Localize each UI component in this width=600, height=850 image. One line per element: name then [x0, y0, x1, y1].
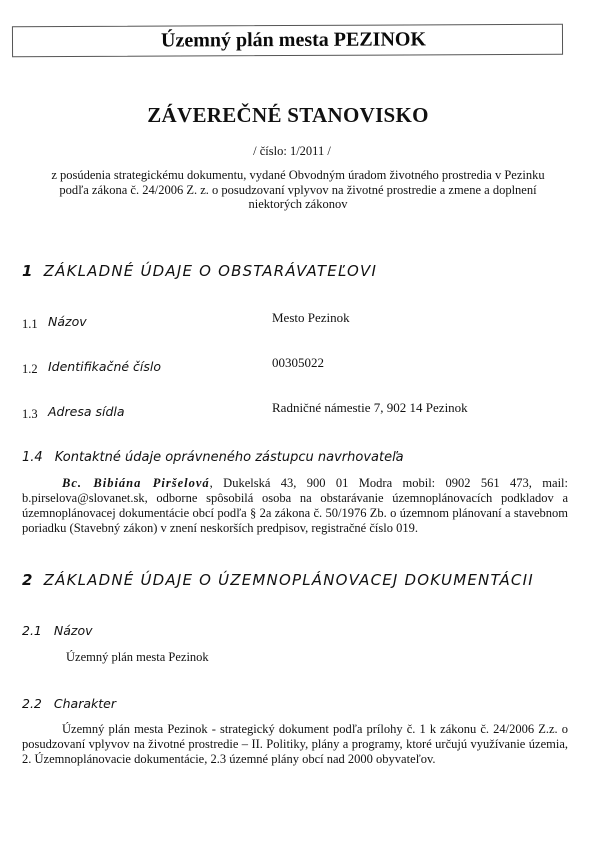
- subsection-title: Kontaktné údaje oprávneného zástupcu nav…: [55, 450, 404, 465]
- contact-name: Bc. Bibiána Piršelová: [62, 476, 210, 490]
- field-row-address: 1.3 Adresa sídla Radničné námestie 7, 90…: [22, 403, 582, 423]
- contact-paragraph: Bc. Bibiána Piršelová, Dukelská 43, 900 …: [22, 476, 568, 536]
- field-number: 1.1: [22, 317, 38, 332]
- banner-title-box: Územný plán mesta PEZINOK: [12, 24, 563, 57]
- subsection-title: Charakter: [54, 696, 116, 711]
- field-row-name: 1.1 Názov Mesto Pezinok: [22, 313, 582, 333]
- section-2-heading: 2ZÁKLADNÉ ÚDAJE O ÚZEMNOPLÁNOVACEJ DOKUM…: [22, 571, 534, 589]
- subsection-title: Názov: [54, 623, 93, 638]
- field-value: Radničné námestie 7, 902 14 Pezinok: [272, 400, 468, 416]
- description-line: niektorých zákonov: [22, 197, 574, 212]
- field-label: Identifikačné číslo: [48, 359, 161, 374]
- field-number: 1.3: [22, 407, 38, 422]
- document-description: z posúdenia strategickému dokumentu, vyd…: [22, 168, 574, 212]
- subsection-2-2-heading: 2.2Charakter: [22, 696, 116, 711]
- document-title: ZÁVEREČNÉ STANOVISKO: [0, 103, 576, 128]
- subsection-2-1-heading: 2.1Názov: [22, 623, 93, 638]
- section-number: 2: [22, 571, 34, 589]
- field-value: 00305022: [272, 355, 324, 371]
- field-value: Mesto Pezinok: [272, 310, 350, 326]
- field-label: Názov: [48, 314, 87, 329]
- field-label: Adresa sídla: [48, 404, 125, 419]
- plan-name-value: Územný plán mesta Pezinok: [66, 650, 209, 665]
- section-1-heading: 1ZÁKLADNÉ ÚDAJE O OBSTARÁVATEĽOVI: [22, 262, 377, 280]
- character-paragraph: Územný plán mesta Pezinok - strategický …: [22, 722, 568, 767]
- subsection-number: 1.4: [22, 450, 43, 465]
- subsection-1-4-heading: 1.4Kontaktné údaje oprávneného zástupcu …: [22, 450, 404, 465]
- banner-title: Územný plán mesta PEZINOK: [161, 28, 426, 52]
- description-line: podľa zákona č. 24/2006 Z. z. o posudzov…: [22, 183, 574, 198]
- section-title: ZÁKLADNÉ ÚDAJE O OBSTARÁVATEĽOVI: [44, 262, 378, 280]
- section-title: ZÁKLADNÉ ÚDAJE O ÚZEMNOPLÁNOVACEJ DOKUME…: [44, 571, 534, 589]
- field-number: 1.2: [22, 362, 38, 377]
- field-row-id-number: 1.2 Identifikačné číslo 00305022: [22, 358, 582, 378]
- description-line: z posúdenia strategickému dokumentu, vyd…: [22, 168, 574, 183]
- subsection-number: 2.2: [22, 696, 42, 711]
- document-number: / číslo: 1/2011 /: [0, 144, 584, 159]
- subsection-number: 2.1: [22, 623, 42, 638]
- section-number: 1: [22, 262, 34, 280]
- character-text: Územný plán mesta Pezinok - strategický …: [22, 722, 568, 766]
